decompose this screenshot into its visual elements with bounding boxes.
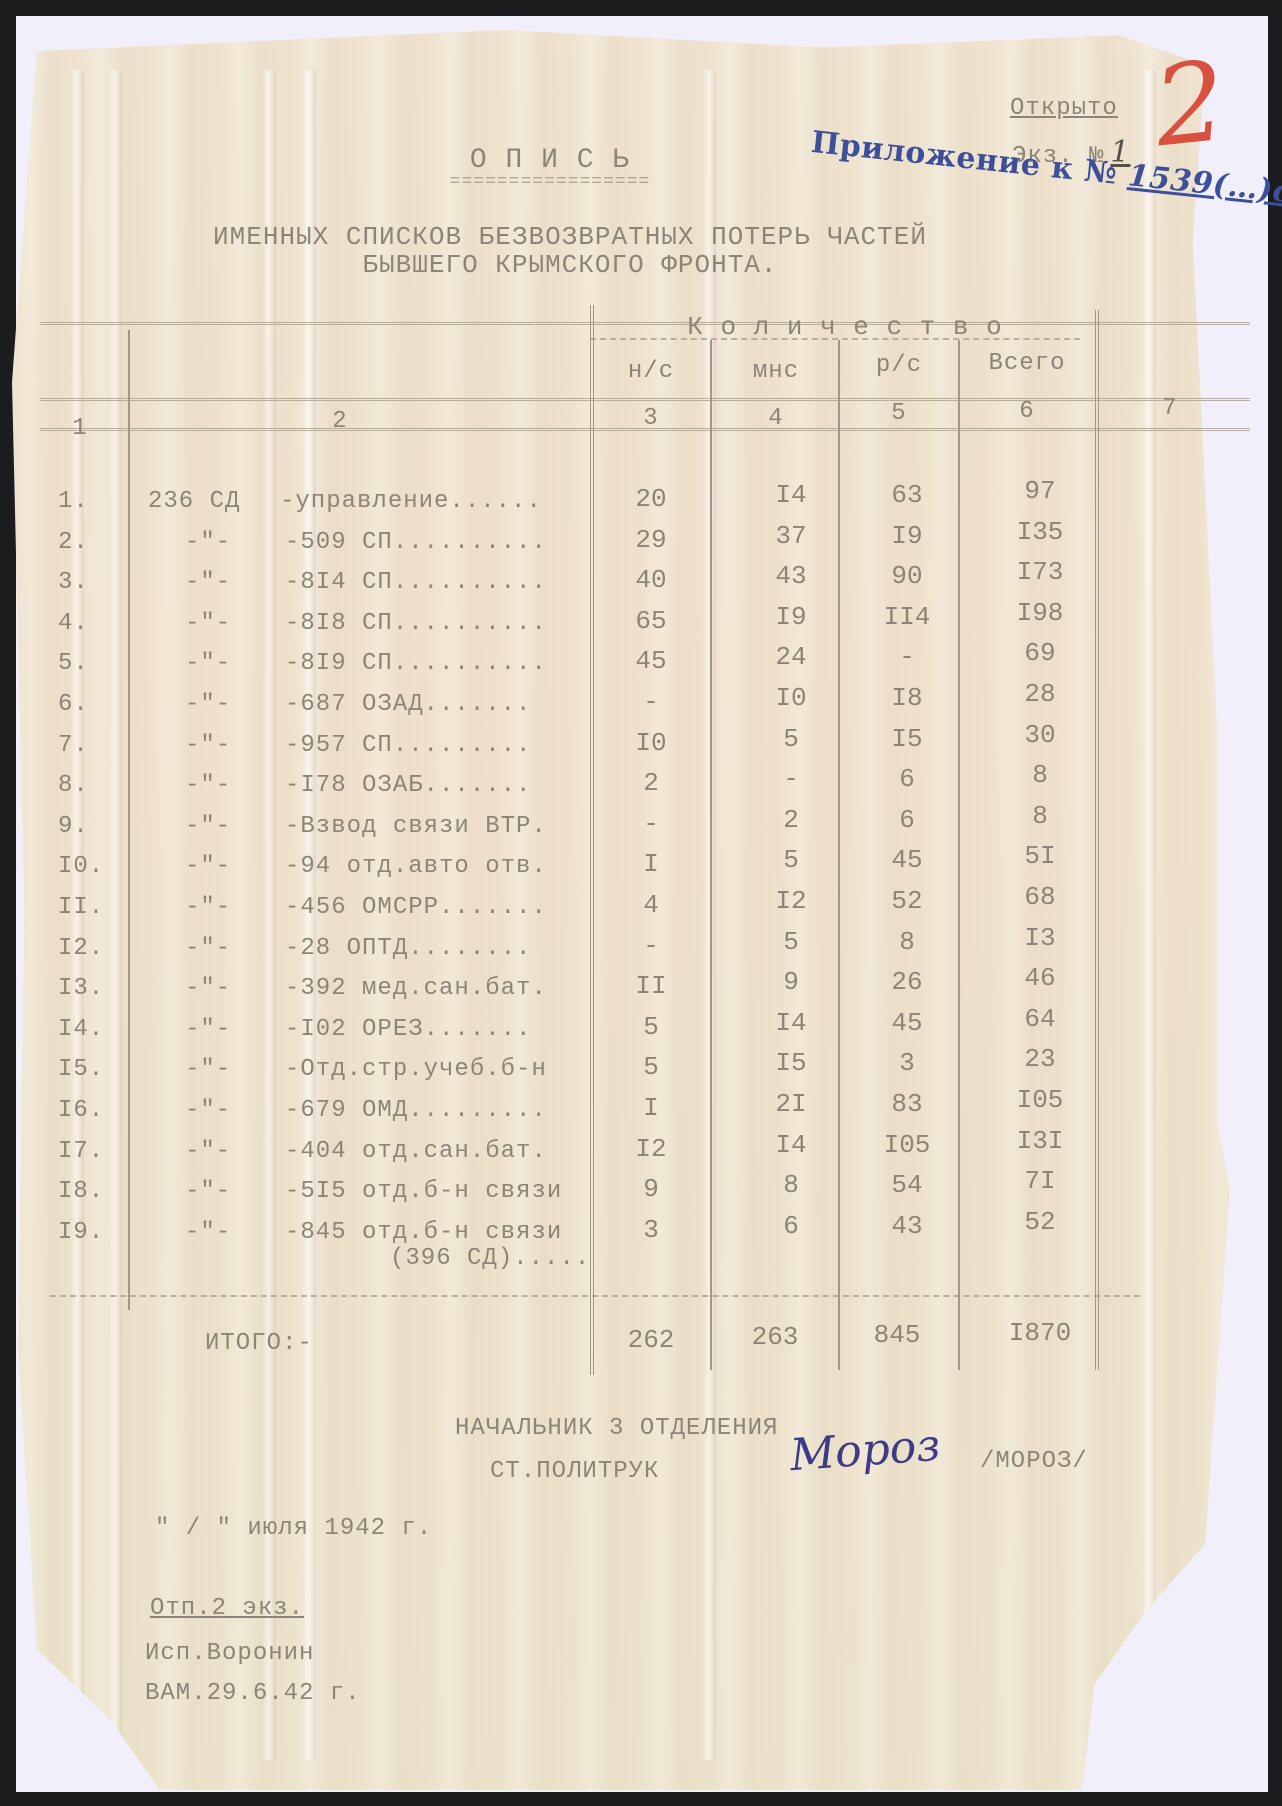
- classification-label: Открыто: [1010, 95, 1118, 122]
- cell-ns: 29: [596, 525, 706, 555]
- cell-ns: 4: [596, 890, 706, 920]
- totals-label: ИТОГО:-: [205, 1330, 313, 1357]
- row-subunit: -392 мед.сан.бат.: [285, 975, 547, 1002]
- cell-ns: 2: [596, 768, 706, 798]
- row-unit: -"-: [185, 691, 231, 718]
- row-subunit: -8I8 СП..........: [285, 610, 547, 637]
- row-subunit: -94 отд.авто отв.: [285, 853, 547, 880]
- handwritten-signature: Мороз: [788, 1420, 941, 1481]
- row-unit: -"-: [185, 772, 231, 799]
- cell-mns: I9: [736, 602, 846, 632]
- cell-rs: 52: [852, 886, 962, 916]
- cell-total: 5I: [985, 841, 1095, 871]
- column-divider: [128, 330, 130, 1310]
- subtitle-line-2: БЫВШЕГО КРЫМСКОГО ФРОНТА.: [170, 250, 970, 280]
- row-unit: -"-: [185, 1056, 231, 1083]
- colnum-1: 1: [40, 415, 120, 442]
- row-subunit: -8I9 СП..........: [285, 650, 547, 677]
- cell-ns: 5: [596, 1012, 706, 1042]
- cell-rs: 8: [852, 927, 962, 957]
- cell-mns: 8: [736, 1170, 846, 1200]
- colnum-6: 6: [962, 398, 1092, 425]
- signatory-title-2: СТ.ПОЛИТРУК: [490, 1458, 659, 1485]
- cell-total: 46: [985, 963, 1095, 993]
- header-rs: р/с: [842, 352, 956, 379]
- row-number: I4.: [58, 1016, 104, 1043]
- typist-line: ВАМ.29.6.42 г.: [145, 1680, 361, 1707]
- cell-mns: -: [736, 764, 846, 794]
- row-number: 3.: [58, 569, 89, 596]
- cell-total: 28: [985, 679, 1095, 709]
- row-number: 9.: [58, 813, 89, 840]
- row-subunit: -I02 ОРЕЗ.......: [285, 1016, 531, 1043]
- row-unit: -"-: [185, 610, 231, 637]
- row-subunit: -Взвод связи ВТР.: [285, 813, 547, 840]
- cell-mns: 5: [736, 724, 846, 754]
- row-subunit-continued: (396 СД).....: [390, 1245, 590, 1272]
- cell-total: 69: [985, 638, 1095, 668]
- copies-line: Отп.2 экз.: [150, 1595, 304, 1622]
- cell-rs: I9: [852, 521, 962, 551]
- cell-rs: 6: [852, 805, 962, 835]
- row-subunit: -Отд.стр.учеб.б-н: [285, 1056, 547, 1083]
- row-subunit: -управление......: [280, 488, 542, 515]
- row-number: 8.: [58, 772, 89, 799]
- cell-mns: I4: [736, 480, 846, 510]
- cell-ns: 9: [596, 1174, 706, 1204]
- colnum-5: 5: [842, 400, 956, 427]
- row-unit: -"-: [185, 1219, 231, 1246]
- cell-ns: 5: [596, 1052, 706, 1082]
- row-number: I0.: [58, 853, 104, 880]
- row-number: I3.: [58, 975, 104, 1002]
- cell-rs: 63: [852, 480, 962, 510]
- row-subunit: -28 ОПТД........: [285, 935, 531, 962]
- cell-rs: 26: [852, 967, 962, 997]
- executor-line: Исп.Воронин: [145, 1640, 314, 1667]
- cell-rs: 6: [852, 764, 962, 794]
- row-subunit: -957 СП.........: [285, 732, 531, 759]
- row-number: I5.: [58, 1056, 104, 1083]
- row-unit: -"-: [185, 975, 231, 1002]
- row-number: I6.: [58, 1097, 104, 1124]
- signatory-name: /МОРОЗ/: [980, 1448, 1088, 1475]
- row-subunit: -456 ОМСРР.......: [285, 894, 547, 921]
- cell-mns: 5: [736, 927, 846, 957]
- cell-rs: 45: [852, 845, 962, 875]
- cell-rs: 3: [852, 1048, 962, 1078]
- cell-total: 52: [985, 1207, 1095, 1237]
- row-number: I7.: [58, 1138, 104, 1165]
- colnum-2: 2: [240, 408, 440, 435]
- cell-rs: I05: [852, 1130, 962, 1160]
- row-unit: -"-: [185, 1016, 231, 1043]
- cell-ns: 3: [596, 1215, 706, 1245]
- cell-ns: -: [596, 931, 706, 961]
- cell-rs: 45: [852, 1008, 962, 1038]
- cell-total: 8: [985, 801, 1095, 831]
- row-subunit: -I78 ОЗАБ.......: [285, 772, 531, 799]
- cell-ns: -: [596, 809, 706, 839]
- row-number: 4.: [58, 610, 89, 637]
- cell-rs: I8: [852, 683, 962, 713]
- cell-total: 30: [985, 720, 1095, 750]
- row-unit: -"-: [185, 813, 231, 840]
- cell-total: 97: [985, 476, 1095, 506]
- row-unit: -"-: [185, 529, 231, 556]
- total-ns: 262: [596, 1325, 706, 1355]
- row-number: 6.: [58, 691, 89, 718]
- cell-rs: 90: [852, 561, 962, 591]
- row-unit: -"-: [185, 650, 231, 677]
- cell-total: I35: [985, 517, 1095, 547]
- cell-total: I98: [985, 598, 1095, 628]
- cell-rs: -: [852, 642, 962, 672]
- colnum-3: 3: [596, 405, 706, 432]
- cell-mns: 2I: [736, 1089, 846, 1119]
- cell-total: I3I: [985, 1126, 1095, 1156]
- row-number: 5.: [58, 650, 89, 677]
- row-unit: -"-: [185, 1178, 231, 1205]
- cell-rs: 54: [852, 1170, 962, 1200]
- cell-mns: 37: [736, 521, 846, 551]
- cell-mns: 5: [736, 845, 846, 875]
- cell-mns: I2: [736, 886, 846, 916]
- cell-total: I05: [985, 1085, 1095, 1115]
- column-divider: [1095, 310, 1099, 1370]
- group-header-quantity: К о л и ч е с т в о: [610, 312, 1080, 342]
- row-subunit: -845 отд.б-н связи: [285, 1219, 562, 1246]
- cell-mns: 9: [736, 967, 846, 997]
- row-unit: -"-: [185, 894, 231, 921]
- signatory-title-1: НАЧАЛЬНИК 3 ОТДЕЛЕНИЯ: [455, 1415, 778, 1442]
- subtitle-line-1: ИМЕННЫХ СПИСКОВ БЕЗВОЗВРАТНЫХ ПОТЕРЬ ЧАС…: [170, 222, 970, 252]
- document-date: " / " июля 1942 г.: [155, 1515, 432, 1542]
- cell-mns: 43: [736, 561, 846, 591]
- row-subunit: -679 ОМД.........: [285, 1097, 547, 1124]
- row-subunit: -509 СП..........: [285, 529, 547, 556]
- row-unit: -"-: [185, 853, 231, 880]
- header-total: Всего: [962, 350, 1092, 377]
- column-divider: [590, 305, 594, 1375]
- cell-rs: II4: [852, 602, 962, 632]
- row-unit: -"-: [185, 732, 231, 759]
- cell-mns: I4: [736, 1130, 846, 1160]
- total-mns: 263: [720, 1322, 830, 1352]
- colnum-4: 4: [716, 405, 836, 432]
- row-unit: -"-: [185, 935, 231, 962]
- cell-mns: 2: [736, 805, 846, 835]
- row-number: I9.: [58, 1219, 104, 1246]
- cell-rs: 43: [852, 1211, 962, 1241]
- row-unit: 236 СД: [148, 488, 240, 515]
- row-number: 1.: [58, 488, 89, 515]
- cell-total: 7I: [985, 1166, 1095, 1196]
- header-ns: н/с: [596, 358, 706, 385]
- row-number: II.: [58, 894, 104, 921]
- cell-mns: I5: [736, 1048, 846, 1078]
- cell-total: 8: [985, 760, 1095, 790]
- table-totals-rule: [50, 1295, 1140, 1297]
- cell-ns: II: [596, 971, 706, 1001]
- cell-total: 64: [985, 1004, 1095, 1034]
- cell-ns: -: [596, 687, 706, 717]
- row-unit: -"-: [185, 1138, 231, 1165]
- cell-total: 23: [985, 1044, 1095, 1074]
- cell-total: I3: [985, 923, 1095, 953]
- cell-ns: I: [596, 1093, 706, 1123]
- total-rs: 845: [842, 1320, 952, 1350]
- cell-ns: I0: [596, 728, 706, 758]
- row-unit: -"-: [185, 569, 231, 596]
- cell-mns: 6: [736, 1211, 846, 1241]
- total-all: I870: [985, 1318, 1095, 1348]
- row-subunit: -687 ОЗАД.......: [285, 691, 531, 718]
- cell-ns: 20: [596, 484, 706, 514]
- title-underline: =================: [300, 172, 800, 192]
- row-number: 7.: [58, 732, 89, 759]
- cell-ns: 45: [596, 646, 706, 676]
- row-subunit: -404 отд.сан.бат.: [285, 1138, 547, 1165]
- cell-rs: I5: [852, 724, 962, 754]
- row-unit: -"-: [185, 1097, 231, 1124]
- cell-mns: I0: [736, 683, 846, 713]
- cell-rs: 83: [852, 1089, 962, 1119]
- row-subunit: -8I4 СП..........: [285, 569, 547, 596]
- cell-ns: 40: [596, 565, 706, 595]
- cell-mns: 24: [736, 642, 846, 672]
- row-number: 2.: [58, 529, 89, 556]
- colnum-7: 7: [1140, 395, 1200, 422]
- row-number: I8.: [58, 1178, 104, 1205]
- cell-mns: I4: [736, 1008, 846, 1038]
- cell-total: 68: [985, 882, 1095, 912]
- row-subunit: -5I5 отд.б-н связи: [285, 1178, 562, 1205]
- cell-ns: 65: [596, 606, 706, 636]
- cell-ns: I2: [596, 1134, 706, 1164]
- row-number: I2.: [58, 935, 104, 962]
- column-divider: [710, 340, 712, 1370]
- cell-ns: I: [596, 849, 706, 879]
- header-mns: мнс: [716, 358, 836, 385]
- red-page-number: 2: [1149, 37, 1232, 172]
- cell-total: I73: [985, 557, 1095, 587]
